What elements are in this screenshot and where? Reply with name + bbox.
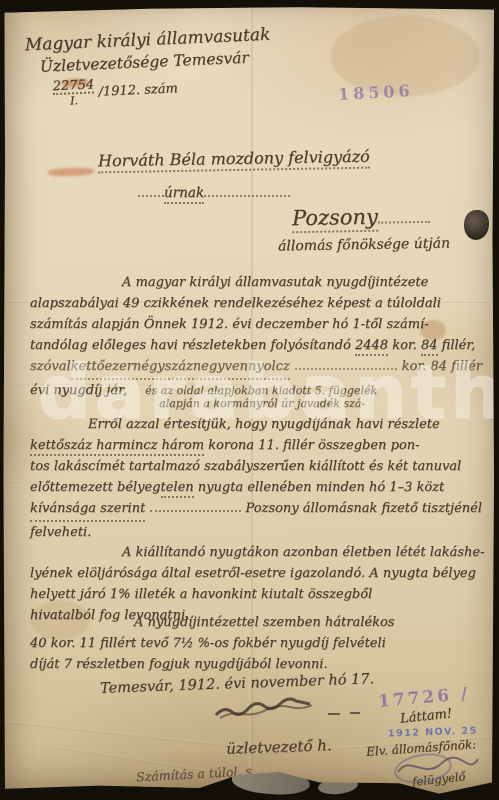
dateline: Temesvár, 1912. évi november hó 17. (100, 671, 375, 697)
paragraph-2: Erről azzal értesítjük, hogy nyugdíjának… (30, 414, 482, 543)
handwritten-line: felveheti. (30, 522, 482, 543)
handwritten-line: tandólag előleges havi részletekben foly… (30, 335, 482, 356)
dotted-filler (204, 183, 290, 197)
handwritten-line: Erről azzal értesítjük, hogy nyugdíjának… (30, 414, 482, 435)
reference-number: 22754 I. (52, 78, 95, 108)
reference-year: /1912. szám (98, 81, 178, 99)
amount-words: kettőezernégyszáznegyvennyolcz (71, 356, 290, 380)
handwritten-line: évi nyugdíj jár, és az oldal alapjokban … (30, 380, 482, 410)
handwritten-line: díját 7 részletben fogjuk nyugdíjából le… (30, 654, 482, 675)
addressee-title: úrnak (164, 185, 204, 204)
signature-role: üzletvezető h. (226, 736, 332, 758)
dotted-filler (295, 356, 397, 370)
dotted-filler (138, 183, 164, 197)
amount-words: kettőszáz harmincz három (30, 438, 204, 456)
dotted-filler (150, 498, 240, 512)
document-page: Magyar királyi államvasutak Üzletvezetős… (0, 0, 499, 800)
addressee-name: Horváth Béla mozdony felvigyázó (98, 147, 370, 174)
handwritten-line: kívánsága szerintPozsony állomásnak fize… (30, 498, 482, 522)
addressee-title-line: úrnak (138, 183, 290, 201)
handwritten-line: tos lakáscímét tartalmazó szabályszerűen… (30, 456, 482, 477)
amount-value: 84 (421, 338, 438, 356)
signature-flourish (392, 750, 482, 782)
addressee-via-line: állomás főnöksége útján (278, 235, 450, 254)
amount-value: 2448 (355, 338, 388, 356)
handwritten-line: 40 kor. 11 fillért tevő 7½ %-os fokbér n… (30, 633, 482, 654)
handwritten-line: helyett járó 1% illeték a havonkint kiut… (30, 584, 482, 605)
handwritten-line: A magyar királyi államvasutak nyugdíjint… (30, 272, 482, 293)
paragraph-1: A magyar királyi államvasutak nyugdíjint… (30, 272, 482, 410)
paper-hole-blemish (464, 210, 489, 240)
letterhead: Magyar királyi államvasutak Üzletvezetős… (25, 25, 274, 110)
addressee-city-line: Pozsony (292, 204, 430, 230)
addressee-name-line: Horváth Béla mozdony felvigyázó (98, 147, 370, 171)
handwritten-line: alapszabályai 49 czikkének rendelkezéséh… (30, 293, 482, 314)
handwritten-line: A kiállítandó nyugtákon azonban életben … (30, 542, 482, 563)
interlinear-insertion: és az oldal alapjokban kiadott 5. függel… (145, 384, 377, 410)
red-ink-smudge (48, 167, 94, 177)
handwritten-line: lyének elöljárósága által esetről-esetre… (30, 563, 482, 584)
addressee-city: Pozsony (292, 205, 378, 233)
registry-number-stamp-bottom: 17726 / (377, 684, 471, 712)
crossed-out-signature (210, 700, 370, 724)
handwritten-line: kettőszáz harmincz három korona 11. fill… (30, 435, 482, 456)
dotted-filler (378, 209, 430, 224)
registry-number-stamp: 18506 (338, 81, 415, 104)
handwritten-line: számítás alapján Önnek 1912. évi deczemb… (30, 314, 482, 335)
paragraph-4: A nyugdíjintézettel szemben hátralékos 4… (30, 612, 482, 675)
handwritten-line: szóval kettőezernégyszáznegyvennyolczkor… (30, 356, 482, 380)
handwritten-line: A nyugdíjintézettel szemben hátralékos (30, 612, 482, 633)
scanned-letter-photo: Magyar királyi államvasutak Üzletvezetős… (0, 0, 499, 800)
handwritten-line: előttemezett bélyegtelen nyugta ellenébe… (30, 477, 482, 498)
